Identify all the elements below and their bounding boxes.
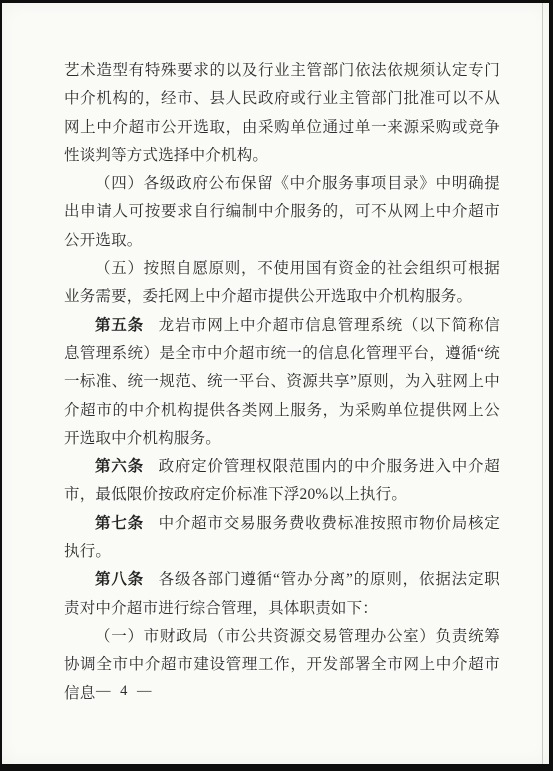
paragraph: 第五条龙岩市网上中介超市信息管理系统（以下简称信息管理系统）是全市中介超市统一的…: [64, 312, 500, 453]
page-footer: — 4 —: [96, 683, 155, 700]
article-number: 第八条: [95, 571, 159, 588]
scanned-page: 艺术造型有特殊要求的以及行业主管部门依法依规须认定专门中介机构的，经市、县人民政…: [0, 0, 553, 771]
paragraph: 第六条政府定价管理权限范围内的中介服务进入中介超市，最低限价按政府定价标准下浮2…: [64, 453, 500, 510]
paragraph: （五）按照自愿原则，不使用国有资金的社会组织可根据业务需要，委托网上中介超市提供…: [64, 255, 500, 312]
page-number: — 4 —: [96, 683, 155, 699]
article-number: 第七条: [95, 515, 159, 532]
paragraph: 艺术造型有特殊要求的以及行业主管部门依法依规须认定专门中介机构的，经市、县人民政…: [64, 57, 500, 170]
article-number: 第六条: [95, 458, 159, 475]
document-body: 艺术造型有特殊要求的以及行业主管部门依法依规须认定专门中介机构的，经市、县人民政…: [64, 57, 500, 708]
scan-edge-line: [542, 3, 543, 764]
paragraph: 第八条各级各部门遵循“管办分离”的原则，依据法定职责对中介超市进行综合管理，具体…: [64, 566, 500, 623]
paragraph: （四）各级政府公布保留《中介服务事项目录》中明确提出申请人可按要求自行编制中介服…: [64, 170, 500, 255]
paper-sheet: 艺术造型有特殊要求的以及行业主管部门依法依规须认定专门中介机构的，经市、县人民政…: [2, 3, 549, 764]
article-number: 第五条: [95, 317, 159, 334]
paragraph: 第七条中介超市交易服务费收费标准按照市物价局核定执行。: [64, 510, 500, 567]
